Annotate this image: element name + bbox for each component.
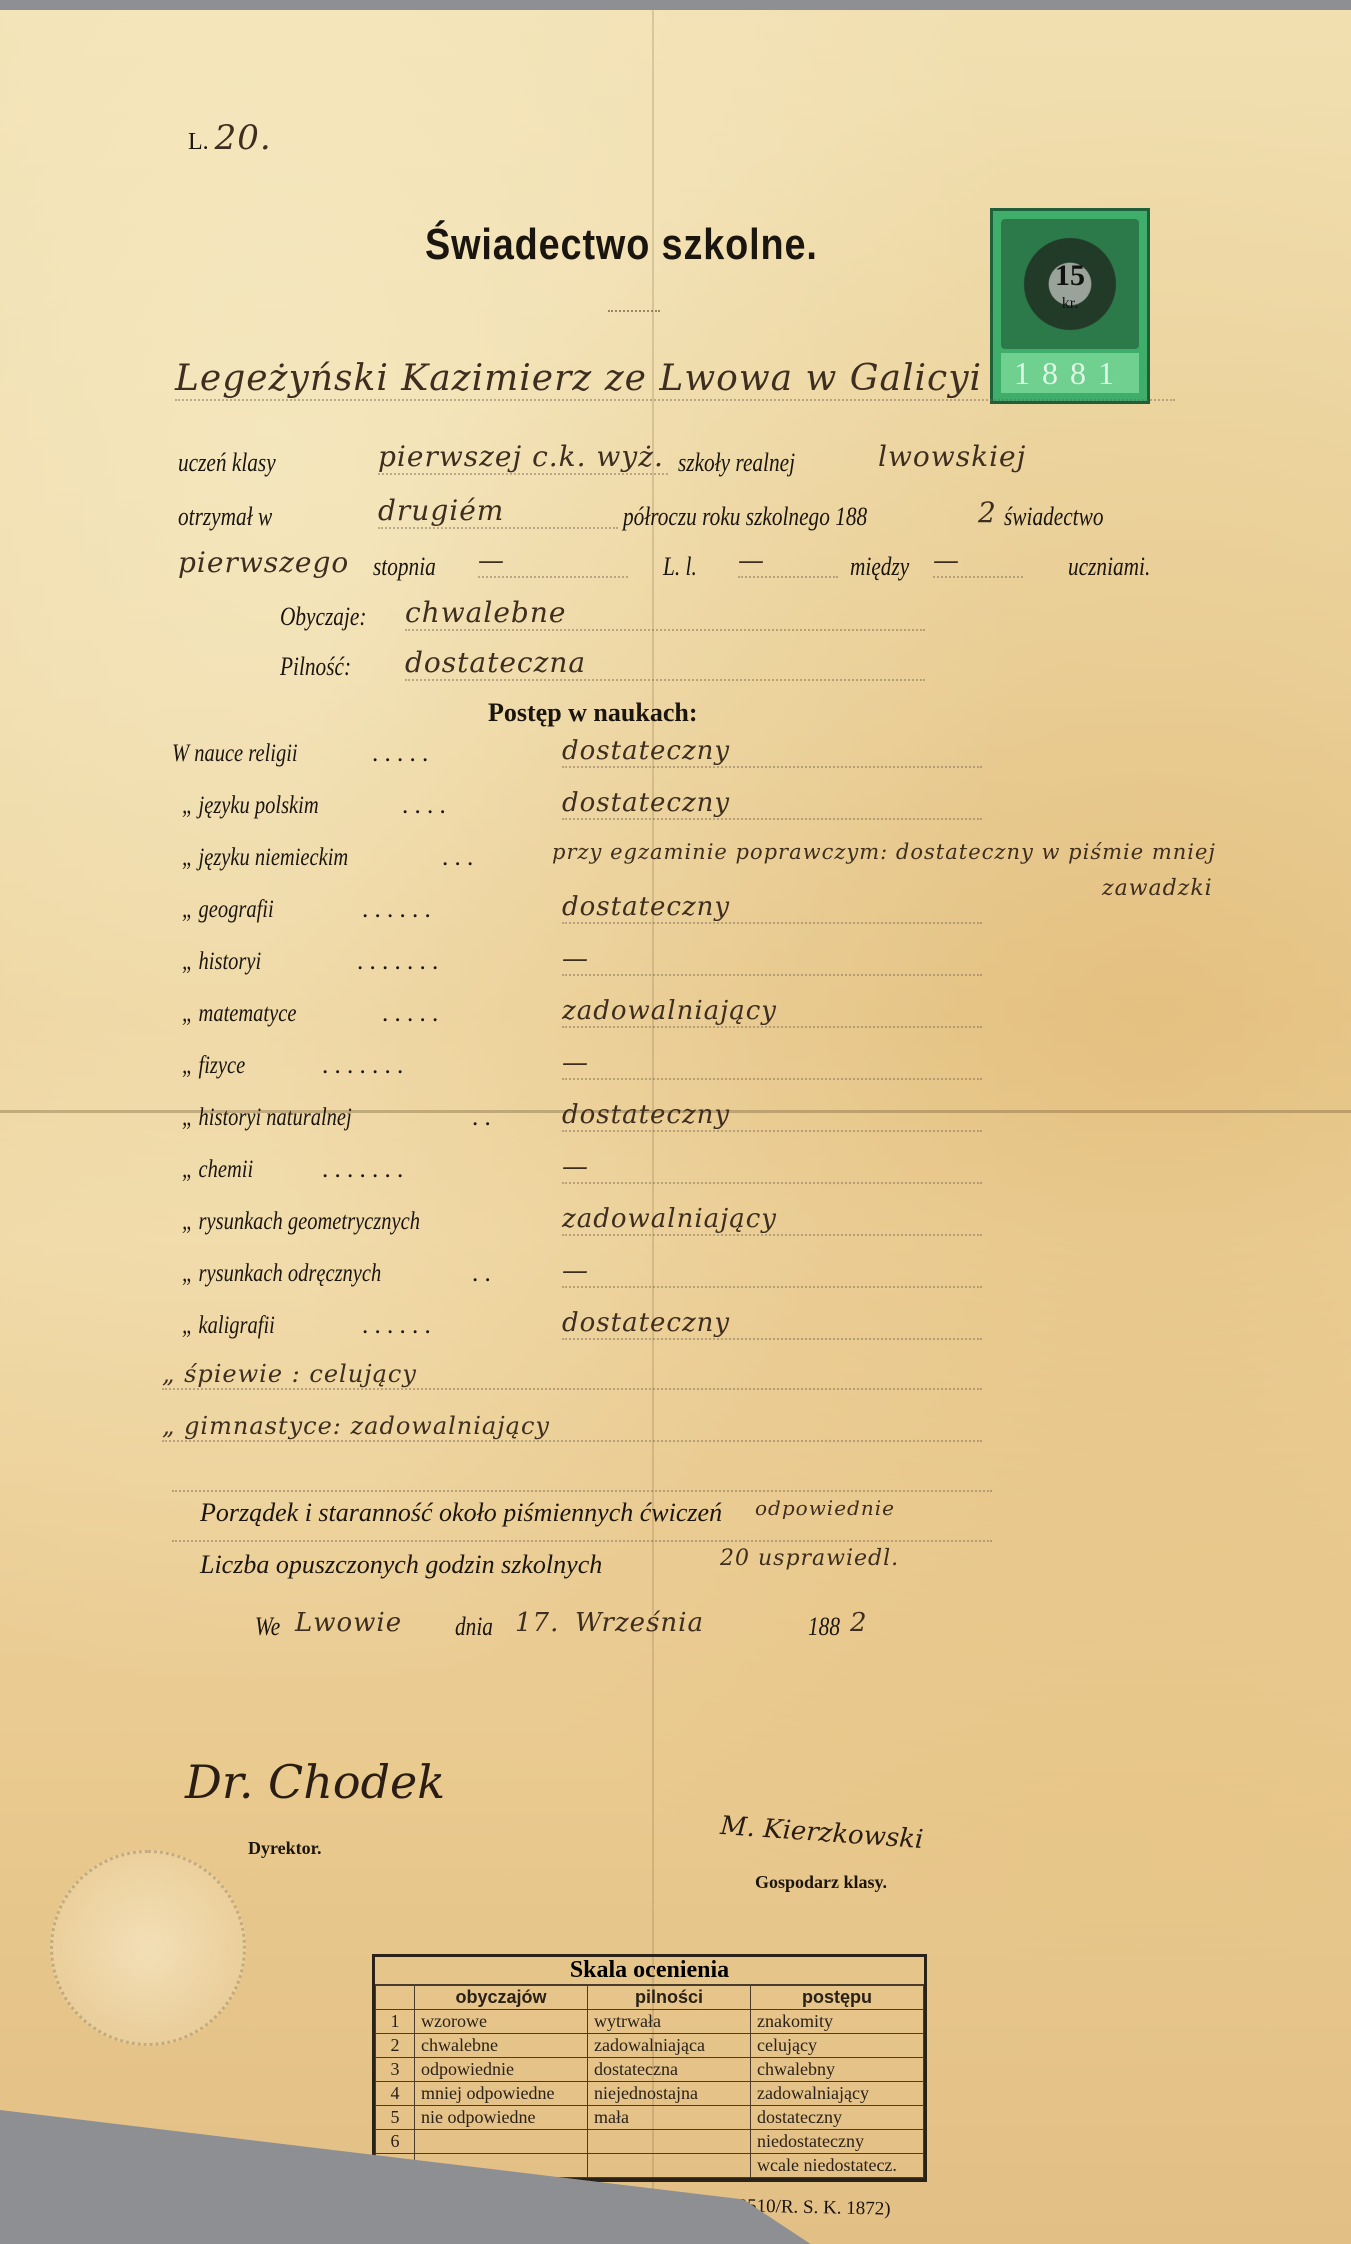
scale-header-diligence: pilności [588,1986,751,2010]
scale-diligence: zadowalniająca [588,2034,751,2058]
scale-conduct: chwalebne [415,2034,588,2058]
scale-conduct: mniej odpowiedne [415,2082,588,2106]
subject-label: „ języku niemieckim [182,844,348,872]
diligence-label: Pilność: [280,652,351,682]
subject-row: W nauce religii . . . . . dostateczny [172,740,1172,782]
ll-label: L. l. [663,552,697,582]
subject-row: „ historyi naturalnej . . dostateczny [172,1104,1172,1146]
school-value: lwowskiej [878,440,1026,473]
subject-leader: . . . . . . . [357,948,438,976]
scale-conduct [415,2130,588,2154]
document-title: Świadectwo szkolne. [425,220,818,270]
scale-row: 2chwalebnezadowalniającacelujący [376,2034,924,2058]
order-label: Porządek i staranność około piśmiennych … [200,1498,722,1527]
absence-line: Liczba opuszczonych godzin szkolnych 20 … [200,1550,1100,1580]
document-number: L. 20. [188,118,272,158]
scale-diligence [588,2154,751,2178]
director-signature: Dr. Chodek [185,1755,445,1809]
subject-label: „ chemii [182,1156,253,1184]
subject-leader: . . . . . . . [322,1052,403,1080]
absence-label: Liczba opuszczonych godzin szkolnych [200,1550,602,1579]
number-label: L. [188,129,209,155]
subject-leader: . . . . . [372,740,428,768]
subject-label: „ matematyce [182,1000,296,1028]
order-line: Porządek i staranność około piśmiennych … [200,1498,1100,1528]
scale-progress: znakomity [751,2010,924,2034]
subject-label: „ historyi [182,948,261,976]
subject-row: „ kaligrafii . . . . . . dostateczny [172,1312,1172,1354]
scale-diligence: dostateczna [588,2058,751,2082]
subject-label: „ fizyce [182,1052,245,1080]
subject-label: W nauce religii [172,740,298,768]
scale-num: 2 [376,2034,415,2058]
subject-row: „ języku niemieckim . . . przy egzaminie… [172,844,1172,886]
scale-row: 3odpowiedniedostatecznachwalebny [376,2058,924,2082]
between-value: — [933,546,1023,578]
subject-label: „ rysunkach odręcznych [182,1260,381,1288]
date-label: dnia [455,1612,493,1642]
teacher-signature: M. Kierzkowski [719,1811,924,1855]
subject-grade: — [562,1256,982,1288]
subject-leader: . . . . . . . [322,1156,403,1184]
scale-diligence: mała [588,2106,751,2130]
scale-row: 7wcale niedostatecz. [376,2154,924,2178]
scale-diligence: wytrwała [588,2010,751,2034]
scale-header-blank [376,1986,415,2010]
scale-num: 1 [376,2010,415,2034]
title-ornament [608,310,660,312]
subject-grade: — [562,1048,982,1080]
scale-diligence [588,2130,751,2154]
subject-row: „ śpiewie : celujący [172,1364,1172,1406]
subject-leader: . . [472,1104,491,1132]
between-label: między [850,552,909,582]
degree-label: stopnia [373,552,436,582]
scale-progress: celujący [751,2034,924,2058]
scale-conduct: wzorowe [415,2010,588,2034]
conduct-value: chwalebne [405,596,925,631]
subject-grade: dostateczny [562,736,982,768]
school-label: szkoły realnej [678,448,795,478]
subject-label: „ geografii [182,896,274,924]
subject-label: „ języku polskim [182,792,319,820]
order-value: odpowiednie [755,1496,895,1520]
date-year-digit: 2 [850,1608,868,1638]
absence-value: 20 usprawiedl. [720,1546,899,1571]
scale-num: 7 [376,2154,415,2178]
subject-grade: dostateczny [562,1308,982,1340]
blank-line [172,1540,992,1542]
scale-row: 5nie odpowiednemaładostateczny [376,2106,924,2130]
subject-row: „ matematyce . . . . . zadowalniający [172,1000,1172,1042]
director-title: Dyrektor. [248,1838,322,1859]
student-name-line: Legeżyński Kazimierz ze Lwowa w Galicyi [175,358,1175,401]
subject-row: „ historyi . . . . . . . — [172,948,1172,990]
date-month: Września [575,1608,704,1638]
date-day: 17. [515,1608,559,1638]
students-label: uczniami. [1068,552,1150,582]
print-footer: L. skład. 105 nowa. Świadectwo szkolne d… [238,2185,891,2221]
stamp-emblem: 15 kr. [1001,219,1139,349]
semester-value: drugiém [378,494,618,529]
ll-value: — [738,546,838,578]
subject-grade: dostateczny [562,1100,982,1132]
teacher-title: Gospodarz klasy. [755,1872,887,1893]
subject-grade: — [562,1152,982,1184]
scale-num: 6 [376,2130,415,2154]
subject-row: „ rysunkach odręcznych . . — [172,1260,1172,1302]
scale-progress: niedostateczny [751,2130,924,2154]
subject-row: „ geografii . . . . . . dostateczny [172,896,1172,938]
school-year-digit: 2 [978,496,997,529]
subject-handwritten-gymnastics: „ gimnastyce: zadowalniający [162,1412,982,1442]
scale-row: 6niedostateczny [376,2130,924,2154]
scale-row: 1wzorowewytrwałaznakomity [376,2010,924,2034]
certificate-label: świadectwo [1004,502,1104,532]
place-value: Lwowie [295,1608,402,1638]
subject-row: „ fizyce . . . . . . . — [172,1052,1172,1094]
progress-heading: Postęp w naukach: [488,698,697,728]
degree-value: pierwszego [178,546,349,579]
subject-grade: zadowalniający [562,1204,982,1236]
stamp-value: 15 [1001,259,1139,293]
subject-leader: . . . . [402,792,446,820]
scale-conduct: nie odpowiedne [415,2106,588,2130]
scale-progress: dostateczny [751,2106,924,2130]
scale-conduct [415,2154,588,2178]
scale-row: 4mniej odpowiedneniejednostajnazadowalni… [376,2082,924,2106]
subject-row: „ chemii . . . . . . . — [172,1156,1172,1198]
subject-grade: zadowalniający [562,996,982,1028]
subject-row: „ języku polskim . . . . dostateczny [172,792,1172,834]
subject-leader: . . [472,1260,491,1288]
scale-num: 4 [376,2082,415,2106]
subject-grade: dostateczny [562,788,982,820]
class-label: uczeń klasy [178,448,276,478]
subject-leader: . . . . . [382,1000,438,1028]
scale-progress: wcale niedostatecz. [751,2154,924,2178]
subject-label: „ kaligrafii [182,1312,275,1340]
semester-label: otrzymał w [178,502,272,532]
subject-leader: . . . [442,844,473,872]
subject-grade: przy egzaminie poprawczym: dostateczny w… [552,840,1216,864]
class-value: pierwszej c.k. wyż. [378,440,668,475]
subject-row: „ gimnastyce: zadowalniający [172,1416,1172,1458]
conduct-label: Obyczaje: [280,602,366,632]
subject-leader: . . . . . . [362,896,431,924]
subject-grade: dostateczny [562,892,982,924]
number-value: 20. [215,118,272,158]
subject-label: „ historyi naturalnej [182,1104,352,1132]
blank-line [172,1490,992,1492]
stamp-unit: kr. [1001,295,1139,313]
scale-header-conduct: obyczajów [415,1986,588,2010]
scale-progress: chwalebny [751,2058,924,2082]
certificate-paper: L. 20. Świadectwo szkolne. 15 kr. 1881 L… [0,10,1351,2244]
subject-handwritten-singing: „ śpiewie : celujący [162,1360,982,1390]
grading-scale-table: Skala ocenienia obyczajów pilności postę… [372,1954,927,2182]
diligence-value: dostateczna [405,646,925,681]
scale-num: 3 [376,2058,415,2082]
scale-title: Skala ocenienia [375,1957,924,1985]
scale-num: 5 [376,2106,415,2130]
embossed-seal [50,1850,246,2046]
date-year-prefix: 188 [808,1612,840,1642]
scale-diligence: niejednostajna [588,2082,751,2106]
scale-header-progress: postępu [751,1986,924,2010]
scale-progress: zadowalniający [751,2082,924,2106]
school-year-label: półroczu roku szkolnego 188 [623,502,867,532]
subject-label: „ rysunkach geometrycznych [182,1208,420,1236]
subject-row: „ rysunkach geometrycznych zadowalniając… [172,1208,1172,1250]
place-prefix: We [255,1612,280,1642]
rank-value: — [478,546,628,578]
subject-grade: — [562,944,982,976]
subject-leader: . . . . . . [362,1312,431,1340]
scale-conduct: odpowiednie [415,2058,588,2082]
